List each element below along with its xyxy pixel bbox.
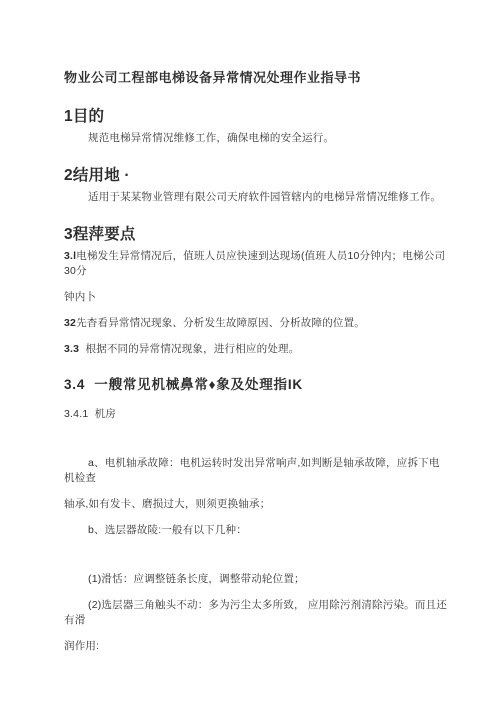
paragraph-number: 32 (64, 317, 76, 329)
paragraph: 3.l电梯发生异常情况后，值班人员应快速到达现场(值班人员10分钟内；电梯公司3… (64, 249, 450, 279)
paragraph: 3.3 根据不同的异常情况现象，进行相应的处理。 (64, 342, 450, 357)
section-heading: 2结用地 · (64, 165, 450, 186)
paragraph: (2)选层器三角触头不动：多为污尘太多所致， 应用除污剂清除污染。而且还有滑 (64, 598, 450, 628)
paragraph: a、电机轴承故障：电机运转时发出异常响声,如判断是轴承故障，应拆下电机检查 (64, 456, 450, 486)
paragraph: 轴承,如有发卡、磨损过大，则须更换轴承； (64, 497, 450, 512)
paragraph: 3.4.1 机房 (64, 407, 450, 422)
paragraph: (1)滑恬：应调整链条长度，调整带动轮位置； (64, 572, 450, 587)
section-heading: 3.4 一艘常见机械鼻常♦象及处理指IK (64, 375, 450, 394)
paragraph: 润作用: (64, 639, 450, 654)
paragraph: 钟内卜 (64, 290, 450, 305)
section-heading: 3程萍要点 (64, 224, 450, 245)
paragraph: b、选层器故陵:一般有以下几种： (64, 523, 450, 538)
paragraph: 规范电梯异常情况维修工作，确保电梯的安全运行。 (64, 131, 450, 146)
paragraph-number: 3.l (64, 250, 76, 262)
document-title: 物业公司工程部电梯设备异常情况处理作业指导书 (64, 69, 450, 87)
paragraph: 32先杳看异常情况现象、分析发生故障原因、分析故障的位置。 (64, 316, 450, 331)
section-heading: 1目的 (64, 106, 450, 127)
document-page: 物业公司工程部电梯设备异常情况处理作业指导书 1目的规范电梯异常情况维修工作，确… (0, 0, 500, 707)
paragraph-number: 3.3 (64, 343, 79, 355)
paragraph: 适用于某某物业管理有限公司天府软件园管辖内的电梯异常情况维修工作。 (64, 190, 450, 205)
